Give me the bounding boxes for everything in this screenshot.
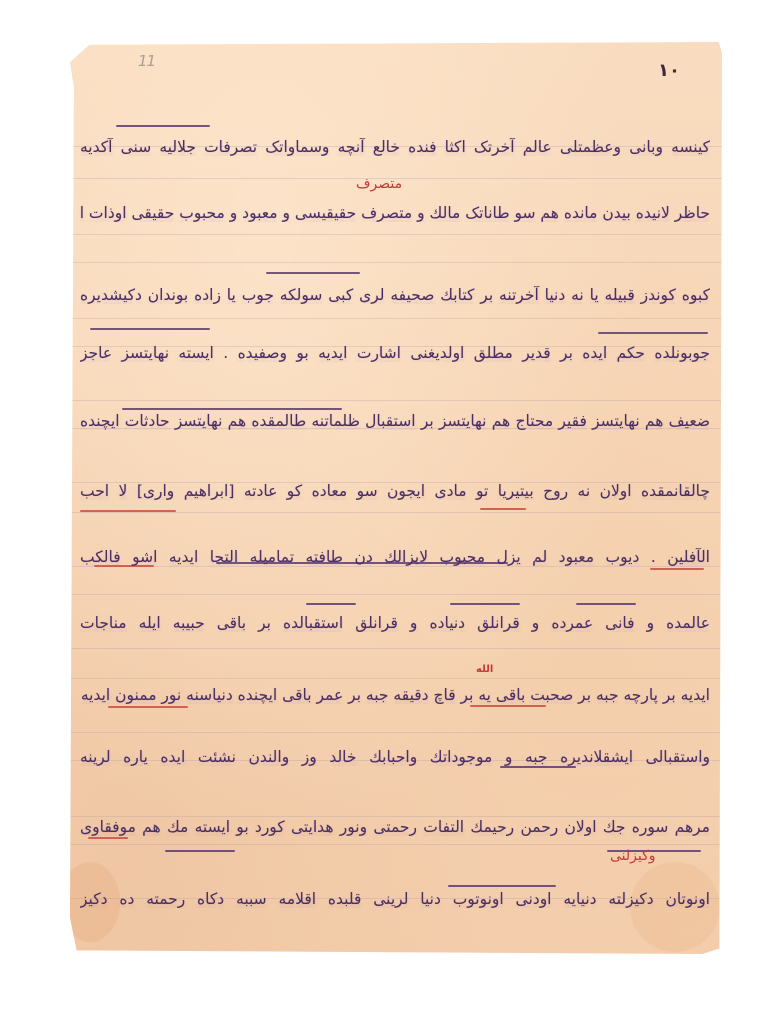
overline-mark <box>122 408 342 410</box>
manuscript-page: 11 ١٠ کینسه وبانی وعظمتلی عالم آخرتک اکث… <box>70 42 722 954</box>
overline-mark <box>266 272 360 274</box>
ruled-line <box>70 678 722 679</box>
ruled-line <box>70 648 722 649</box>
ruled-line <box>70 234 722 235</box>
ruled-line <box>70 844 722 845</box>
overline-mark <box>448 885 556 887</box>
overline-mark <box>90 328 210 330</box>
ruled-line <box>70 732 722 733</box>
red-annotation-allah: الله <box>476 664 493 675</box>
overline-mark <box>306 603 356 605</box>
manuscript-line-12: اونوتان دکیزلته دنیایه اودنی اونوتوب دنی… <box>80 890 710 908</box>
red-overline-mark <box>470 705 546 707</box>
manuscript-line-9: ایدیه بر پارچه جبه بر صحبت باقی یه بر قا… <box>80 686 710 704</box>
manuscript-line-1: کینسه وبانی وعظمتلی عالم آخرتک اکثا فنده… <box>80 138 710 156</box>
red-overline-mark <box>480 508 526 510</box>
ruled-line <box>70 594 722 595</box>
overline-mark <box>116 125 210 127</box>
red-annotation-mutasarrif: متصرف <box>356 176 402 192</box>
ruled-line <box>70 512 722 513</box>
manuscript-line-7: الآفلین . دیوب معبود لم یزل محبوب لایزال… <box>80 548 710 566</box>
overline-mark <box>598 332 708 334</box>
ruled-line <box>70 262 722 263</box>
overline-mark <box>500 766 576 768</box>
manuscript-line-10: واستقبالی ایشقلاندیره جبه و موجوداتك واح… <box>80 748 710 766</box>
manuscript-line-8: عالمده و فانی عمرده و قرانلق دنیاده و قر… <box>80 614 710 632</box>
ruled-line <box>70 318 722 319</box>
overline-mark <box>450 603 520 605</box>
red-overline-mark <box>88 837 128 839</box>
ruled-line <box>70 400 722 401</box>
manuscript-line-4: جوبونلده حکم ایده بر قدیر مطلق اولدیغنی … <box>80 344 710 362</box>
ruled-line <box>70 816 722 817</box>
ruled-line <box>70 566 722 567</box>
pencil-folio-number: 11 <box>138 52 155 70</box>
red-overline-mark <box>108 706 188 708</box>
manuscript-line-6: چالقانمقده اولان نه روح بیتیریا تو مادی … <box>80 482 710 500</box>
red-overline-mark <box>80 510 176 512</box>
manuscript-line-11: مرهم سوره جك اولان رحمن رحیمك التفات رحم… <box>80 818 710 836</box>
manuscript-line-2: حاظر لانیده بیدن مانده هم سو طاناتک مالك… <box>80 204 710 222</box>
red-overline-mark <box>650 568 704 570</box>
page-number: ١٠ <box>658 60 680 81</box>
manuscript-line-5: ضعیف هم نهایتسز فقیر محتاج هم نهایتسز بر… <box>80 412 710 430</box>
overline-mark <box>576 603 636 605</box>
red-annotation-margin-note: وکیزلنی <box>610 848 656 864</box>
manuscript-line-3: کبوه کوندز قبیله یا نه دنیا آخرتنه بر کت… <box>80 286 710 304</box>
overline-mark <box>165 850 235 852</box>
